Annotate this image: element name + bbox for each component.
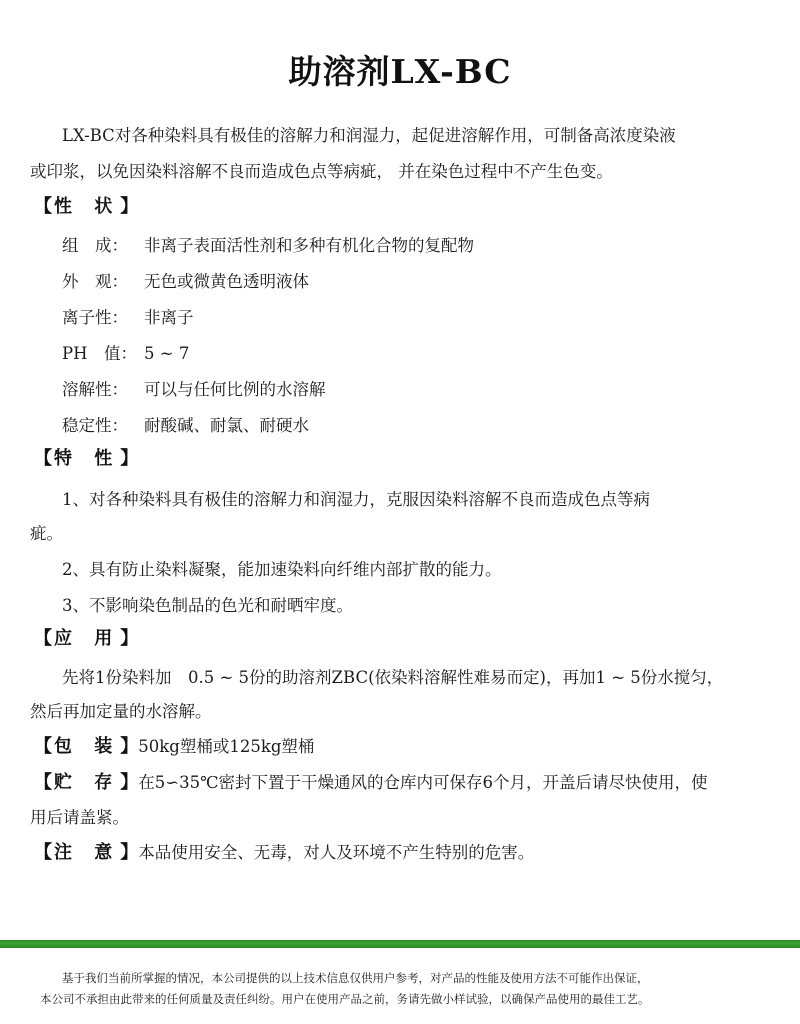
application-line-2: 然后再加定量的水溶解。 (30, 698, 212, 722)
section-heading-storage: 【贮 存】 (34, 772, 138, 793)
footer-divider-bar (0, 940, 800, 948)
page-title: 助溶剂LX-BC (0, 46, 800, 93)
intro-line-2: 或印浆，以免因染料溶解不良而造成色点等病疵， 并在染色过程中不产生色变。 (30, 158, 613, 182)
storage-text-line-1: 在5∽35℃密封下置于干燥通风的仓库内可保存6个月，开盖后请尽快使用，使 (138, 773, 707, 792)
property-row: 稳定性：耐酸碱、耐氯、耐硬水 (62, 412, 309, 436)
property-row: 组 成：非离子表面活性剂和多种有机化合物的复配物 (62, 232, 474, 256)
feature-item-1-line-1: 1、对各种染料具有极佳的溶解力和润湿力，克服因染料溶解不良而造成色点等病 (62, 486, 650, 510)
property-label: 溶解性： (62, 376, 144, 400)
disclaimer-line-2: 本公司不承担由此带来的任何质量及责任纠纷。用户在使用产品之前，务请先做小样试验，… (40, 991, 650, 1007)
property-value: 无色或微黄色透明液体 (144, 272, 309, 291)
feature-item-1-line-2: 疵。 (30, 520, 63, 544)
property-label: 组 成： (62, 232, 144, 256)
property-row: 离子性：非离子 (62, 304, 194, 328)
packaging-row: 【包 装】50kg塑桶或125kg塑桶 (34, 732, 314, 758)
property-row: PH 值：5 ~ 7 (62, 340, 189, 364)
feature-item-3: 3、不影响染色制品的色光和耐晒牢度。 (62, 592, 353, 616)
property-label: 离子性： (62, 304, 144, 328)
packaging-text: 50kg塑桶或125kg塑桶 (138, 737, 314, 756)
property-label: PH 值： (62, 340, 144, 364)
property-value: 非离子表面活性剂和多种有机化合物的复配物 (144, 236, 474, 255)
property-value: 非离子 (144, 308, 194, 327)
section-heading-notice: 【注 意】 (34, 842, 138, 863)
property-label: 稳定性： (62, 412, 144, 436)
property-row: 外 观：无色或微黄色透明液体 (62, 268, 309, 292)
storage-text-line-2: 用后请盖紧。 (30, 804, 129, 828)
storage-row: 【贮 存】在5∽35℃密封下置于干燥通风的仓库内可保存6个月，开盖后请尽快使用，… (34, 768, 708, 794)
section-heading-packaging: 【包 装】 (34, 736, 138, 757)
property-row: 溶解性：可以与任何比例的水溶解 (62, 376, 326, 400)
feature-item-2: 2、具有防止染料凝聚，能加速染料向纤维内部扩散的能力。 (62, 556, 502, 580)
application-line-1: 先将1份染料加 0.5 ~ 5份的助溶剂ZBC(依染料溶解性难易而定)，再加1 … (62, 664, 723, 688)
section-heading-application: 【应 用】 (34, 624, 138, 650)
property-label: 外 观： (62, 268, 144, 292)
property-value: 耐酸碱、耐氯、耐硬水 (144, 416, 309, 435)
property-value: 可以与任何比例的水溶解 (144, 380, 326, 399)
notice-row: 【注 意】本品使用安全、无毒，对人及环境不产生特别的危害。 (34, 838, 534, 864)
intro-line-1: LX-BC对各种染料具有极佳的溶解力和润湿力，起促进溶解作用，可制备高浓度染液 (62, 122, 676, 146)
property-value: 5 ~ 7 (144, 344, 189, 363)
section-heading-features: 【特 性】 (34, 444, 138, 470)
notice-text: 本品使用安全、无毒，对人及环境不产生特别的危害。 (138, 843, 534, 862)
section-heading-properties: 【性 状】 (34, 192, 138, 218)
disclaimer-line-1: 基于我们当前所掌握的情况，本公司提供的以上技术信息仅供用户参考，对产品的性能及使… (62, 970, 649, 986)
